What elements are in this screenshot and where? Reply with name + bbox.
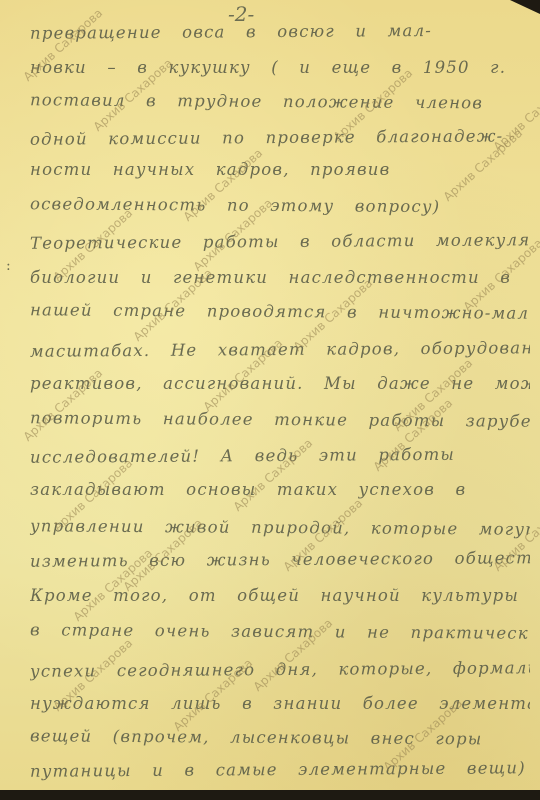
text-line: Кроме того, от общей научной культуры <box>30 586 530 605</box>
text-line: биологии и генетики наследственности в <box>30 268 530 287</box>
text-line: одной комиссии по проверке благонадеж- <box>30 126 530 148</box>
margin-mark: : <box>6 258 11 274</box>
text-line: нашей стране проводятся в ничтожно-малых <box>30 300 530 322</box>
text-line: вещей (впрочем, лысенковцы внес горы <box>30 726 530 748</box>
text-line: управлении живой природой, которые могут <box>30 516 530 538</box>
manuscript-page: -2- : превращение овса в овсюг и мал-нов… <box>0 0 540 790</box>
text-line: поставил в трудное положение членов <box>30 90 530 112</box>
text-line: осведомленность по этому вопросу) <box>30 194 530 216</box>
text-line: повторить наиболее тонкие работы зарубеж… <box>30 408 530 430</box>
text-line: Теоретические работы в области молекуляр… <box>30 230 530 252</box>
text-line: масштабах. Не хватает кадров, оборудован… <box>30 338 530 360</box>
text-line: успехи сегодняшнего дня, которые, формал… <box>30 658 530 680</box>
text-line: превращение овса в овсюг и мал- <box>30 20 530 42</box>
text-line: исследователей! А ведь эти работы <box>30 444 530 466</box>
text-line: изменить всю жизнь человеческого обществ… <box>30 548 530 570</box>
text-line: закладывают основы таких успехов в <box>30 480 530 499</box>
text-line: ности научных кадров, проявив <box>30 160 530 179</box>
text-line: нуждаются лишь в знании более элементарн… <box>30 694 530 713</box>
scan-border <box>0 790 540 800</box>
text-line: в стране очень зависят и не практически <box>30 620 530 642</box>
text-line: новки – в кукушку ( и еще в 1950 г. <box>30 58 530 77</box>
text-line: реактивов, ассигнований. Мы даже не може… <box>30 374 530 393</box>
text-line: путаницы и в самые элементарные вещи) <box>30 758 530 780</box>
